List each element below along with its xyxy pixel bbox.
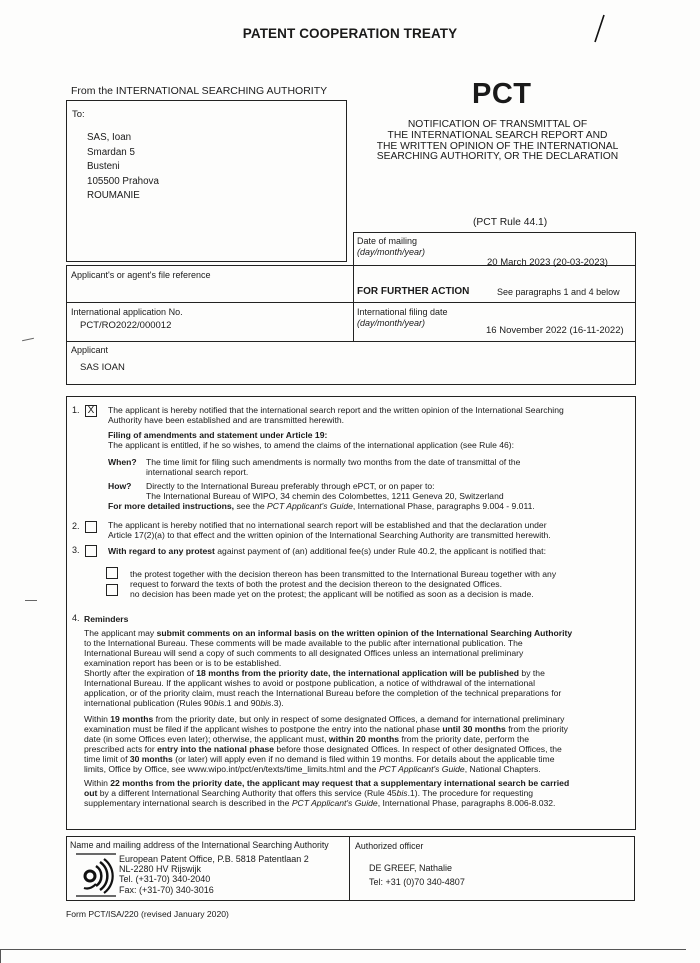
text: , International Phase, paragraphs 9.004 … xyxy=(353,501,535,511)
how-label: How? xyxy=(108,481,131,491)
text-line: International Bureau. If the applicant w… xyxy=(84,678,561,688)
amendments-text: The applicant is entitled, if he so wish… xyxy=(108,440,514,450)
text: from the priority date, perform the xyxy=(399,734,529,744)
amendments-heading: Filing of amendments and statement under… xyxy=(108,430,327,440)
text: examination must be filed if the applica… xyxy=(84,724,442,734)
text: , National Chapters. xyxy=(465,764,541,774)
text: from the priority xyxy=(506,724,568,734)
further-action-note: See paragraphs 1 and 4 below xyxy=(497,287,620,297)
footer-divider xyxy=(349,836,350,901)
scan-mark xyxy=(25,600,37,601)
pct-logo-text: PCT xyxy=(472,78,532,111)
text-bold: For more detailed instructions, xyxy=(108,501,234,511)
scan-mark xyxy=(22,338,34,341)
text: supplementary international search is de… xyxy=(84,798,292,808)
recipient-box: To: SAS, Ioan Smardan 5 Busteni 105500 P… xyxy=(66,100,347,262)
text: .1). The procedure for requesting xyxy=(408,788,533,798)
applicant-value: SAS IOAN xyxy=(80,362,125,373)
text-line: The applicant is hereby notified that no… xyxy=(108,520,551,530)
text: against payment of (an) additional fee(s… xyxy=(215,546,546,556)
notification-title-line: THE INTERNATIONAL SEARCH REPORT AND xyxy=(355,131,640,142)
filing-date-format: (day/month/year) xyxy=(357,318,425,328)
text-line: request to forward the texts of both the… xyxy=(130,579,556,589)
text-bold: until 30 months xyxy=(442,724,506,734)
applicant-label: Applicant xyxy=(71,345,108,355)
epo-logo-icon xyxy=(74,852,118,898)
text: .1 and 90 xyxy=(224,698,260,708)
item-number: 2. xyxy=(72,521,80,531)
text-bold: within 20 months xyxy=(329,734,399,744)
text-line: examination report has been or is to be … xyxy=(84,658,572,668)
text: bis xyxy=(213,698,224,708)
text-line: the protest together with the decision t… xyxy=(130,569,556,579)
notification-title-line: SEARCHING AUTHORITY, OR THE DECLARATION xyxy=(355,152,640,163)
address-line: SAS, Ioan xyxy=(87,131,159,146)
time-limits-link[interactable]: limits, Office by Office, see www.wipo.i… xyxy=(84,764,379,774)
text-bold: 22 months from the priority date, the ap… xyxy=(110,778,569,788)
text-line: application, or of the priority claim, m… xyxy=(84,688,561,698)
text-line: Article 17(2)(a) to that effect and the … xyxy=(108,530,551,540)
protest-transmitted-checkbox[interactable] xyxy=(106,567,118,579)
text: international publication (Rules 90 xyxy=(84,698,213,708)
date-of-mailing-value: 20 March 2023 (20-03-2023) xyxy=(487,257,608,268)
text: .3). xyxy=(271,698,283,708)
reminders-heading: Reminders xyxy=(84,614,128,624)
guide-reference: PCT Applicant's Guide xyxy=(292,798,378,808)
item-number: 4. xyxy=(72,613,80,623)
text-bold: entry into the national phase xyxy=(157,744,274,754)
address-line: NL-2280 HV Rijswijk xyxy=(119,864,309,874)
filing-date-value: 16 November 2022 (16-11-2022) xyxy=(486,325,624,336)
text-bold: With regard to any protest xyxy=(108,546,215,556)
address-line: Smardan 5 xyxy=(87,146,159,161)
text: date (in some Offices even later); other… xyxy=(84,734,329,744)
text: by the xyxy=(519,668,545,678)
date-of-mailing-format: (day/month/year) xyxy=(357,247,425,257)
when-text: The time limit for filing such amendment… xyxy=(146,457,520,477)
text-bold: out xyxy=(84,788,97,798)
authorized-officer-label: Authorized officer xyxy=(355,841,423,851)
item2-text: The applicant is hereby notified that no… xyxy=(108,520,551,540)
text-line: International Bureau will send a copy of… xyxy=(84,648,572,658)
text-line: The applicant is hereby notified that th… xyxy=(108,405,564,415)
text-bold: 18 months from the priority date, the in… xyxy=(196,668,519,678)
recipient-address: SAS, Ioan Smardan 5 Busteni 105500 Praho… xyxy=(87,131,159,204)
text: Shortly after the expiration of xyxy=(84,668,196,678)
reminder-national-phase: Within 19 months from the priority date,… xyxy=(84,714,568,774)
text: bis xyxy=(397,788,408,798)
date-of-mailing-label: Date of mailing xyxy=(357,236,417,246)
page-edge-line xyxy=(0,949,686,950)
address-line: ROUMANIE xyxy=(87,189,159,204)
isa-address-label: Name and mailing address of the Internat… xyxy=(70,840,329,850)
text: Within xyxy=(84,778,110,788)
text: before those designated Offices. In resp… xyxy=(274,744,562,754)
text-bold: 30 months xyxy=(130,754,173,764)
text: see the xyxy=(234,501,267,511)
item3-checkbox[interactable] xyxy=(85,545,97,557)
handwritten-mark-icon xyxy=(593,14,605,44)
text-bold: 19 months xyxy=(110,714,153,724)
text: from the priority date, but only in resp… xyxy=(153,714,564,724)
address-line: Fax: (+31-70) 340-3016 xyxy=(119,885,309,895)
text-line: Directly to the International Bureau pre… xyxy=(146,481,504,491)
page-edge-tick xyxy=(0,949,1,963)
text: The applicant may xyxy=(84,628,157,638)
text-line: Authority have been established and are … xyxy=(108,415,564,425)
text: , International Phase, paragraphs 8.006-… xyxy=(378,798,556,808)
isa-address: European Patent Office, P.B. 5818 Patent… xyxy=(119,854,309,895)
item-number: 3. xyxy=(72,545,80,555)
item-number: 1. xyxy=(72,405,80,415)
application-no-label: International application No. xyxy=(71,307,183,317)
reminder-supplementary-search: Within 22 months from the priority date,… xyxy=(84,778,569,808)
text: Within xyxy=(84,714,110,724)
text-line: The time limit for filing such amendment… xyxy=(146,457,520,467)
protest-transmitted-text: the protest together with the decision t… xyxy=(130,569,556,589)
text: (or later) will apply even if no demand … xyxy=(173,754,555,764)
text-line: The International Bureau of WIPO, 34 che… xyxy=(146,491,504,501)
guide-reference: PCT Applicant's Guide xyxy=(267,501,353,511)
address-line: Busteni xyxy=(87,160,159,175)
text-line: international search report. xyxy=(146,467,520,477)
detailed-instructions: For more detailed instructions, see the … xyxy=(108,501,535,511)
reminder-publication: Shortly after the expiration of 18 month… xyxy=(84,668,561,708)
item3-text: With regard to any protest against payme… xyxy=(108,546,546,556)
application-no-value: PCT/RO2022/000012 xyxy=(80,320,171,331)
address-line: Tel. (+31-70) 340-2040 xyxy=(119,874,309,884)
when-label: When? xyxy=(108,457,137,467)
text: bis xyxy=(260,698,271,708)
no-decision-checkbox[interactable] xyxy=(106,584,118,596)
how-text: Directly to the International Bureau pre… xyxy=(146,481,504,501)
text-line: to the International Bureau. These comme… xyxy=(84,638,572,648)
reminder-comments: The applicant may submit comments on an … xyxy=(84,628,572,668)
item1-text: The applicant is hereby notified that th… xyxy=(108,405,564,425)
authorized-officer-name: DE GREEF, Nathalie xyxy=(369,863,452,873)
guide-reference: PCT Applicant's Guide xyxy=(379,764,465,774)
form-identifier: Form PCT/ISA/220 (revised January 2020) xyxy=(66,909,229,919)
address-line: 105500 Prahova xyxy=(87,175,159,190)
authorized-officer-tel: Tel: +31 (0)70 340-4807 xyxy=(369,877,465,887)
text: prescribed acts for xyxy=(84,744,157,754)
text: by a different International Searching A… xyxy=(97,788,396,798)
to-label: To: xyxy=(72,109,85,120)
address-line: European Patent Office, P.B. 5818 Patent… xyxy=(119,854,309,864)
file-reference-label: Applicant's or agent's file reference xyxy=(71,270,211,280)
filing-date-label: International filing date xyxy=(357,307,448,317)
no-decision-text: no decision has been made yet on the pro… xyxy=(130,589,534,599)
rule-reference: (PCT Rule 44.1) xyxy=(473,217,547,228)
text-bold: submit comments on an informal basis on … xyxy=(157,628,573,638)
item2-checkbox[interactable] xyxy=(85,521,97,533)
item1-checkbox[interactable]: X xyxy=(85,405,97,417)
text: time limit of xyxy=(84,754,130,764)
further-action-label: FOR FURTHER ACTION xyxy=(357,286,469,297)
notification-title: NOTIFICATION OF TRANSMITTAL OF THE INTER… xyxy=(355,120,640,163)
from-authority-label: From the INTERNATIONAL SEARCHING AUTHORI… xyxy=(71,85,327,97)
